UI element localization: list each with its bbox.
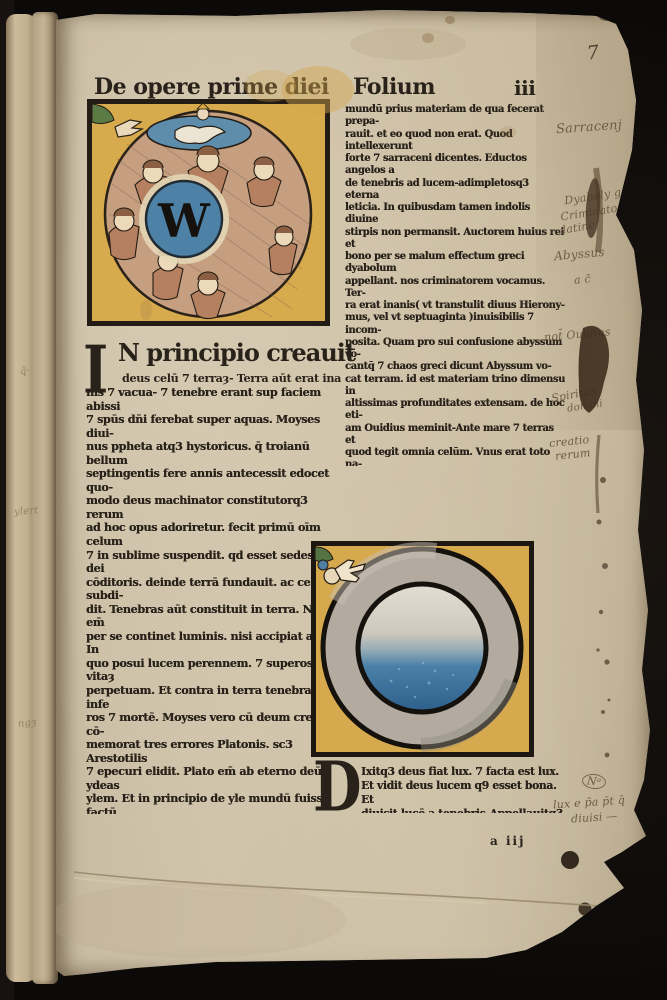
first-day-world-woodcut: [311, 541, 534, 757]
marginal-note: rerum: [554, 446, 591, 463]
creator-figure-icon: [197, 108, 209, 120]
handwritten-folio-number: 7: [586, 41, 601, 64]
marginal-note: Nᵃ: [581, 773, 607, 790]
fiat-lux-paragraph: Ixitq3 deus fiat lux. 7 facta est lux. E…: [361, 765, 566, 813]
left-margin-scribble: q̃·: [20, 366, 31, 378]
marginal-note: Abyssus: [553, 245, 605, 263]
creation-of-angels-woodcut: W: [87, 99, 330, 326]
left-margin-scribble: ngȝ: [17, 717, 37, 730]
marginal-note: a c̃: [573, 272, 591, 286]
folium-numeral: iii: [514, 76, 535, 100]
vellum-binding-strip-2: [32, 12, 58, 984]
book-scan-scene: q̃· ylert ngȝ De opere prime diei Folium…: [0, 0, 667, 1000]
folium-label: Folium: [353, 74, 435, 100]
left-column-first-line: deus celū 7 terraȝ- Terra aūt erat ina: [122, 371, 341, 385]
drop-cap-D: D: [313, 757, 361, 818]
marginal-note: diuisi —: [571, 809, 618, 825]
quire-signature: a iij: [490, 834, 525, 848]
marginal-note: Sarracenj: [556, 118, 623, 138]
left-margin-scribble: ylert: [14, 505, 39, 518]
page-title: De opere prime diei: [94, 74, 329, 100]
left-text-column: nis 7 vacua- 7 tenebre erant sup faciem …: [86, 386, 346, 814]
manuscript-page: De opere prime diei Folium iii 7: [56, 10, 658, 982]
right-text-column: mundū prius materiam de qua fecerat prep…: [345, 104, 565, 466]
gothic-monogram: W: [157, 194, 211, 248]
incipit-line: N principio creauit: [118, 338, 355, 367]
